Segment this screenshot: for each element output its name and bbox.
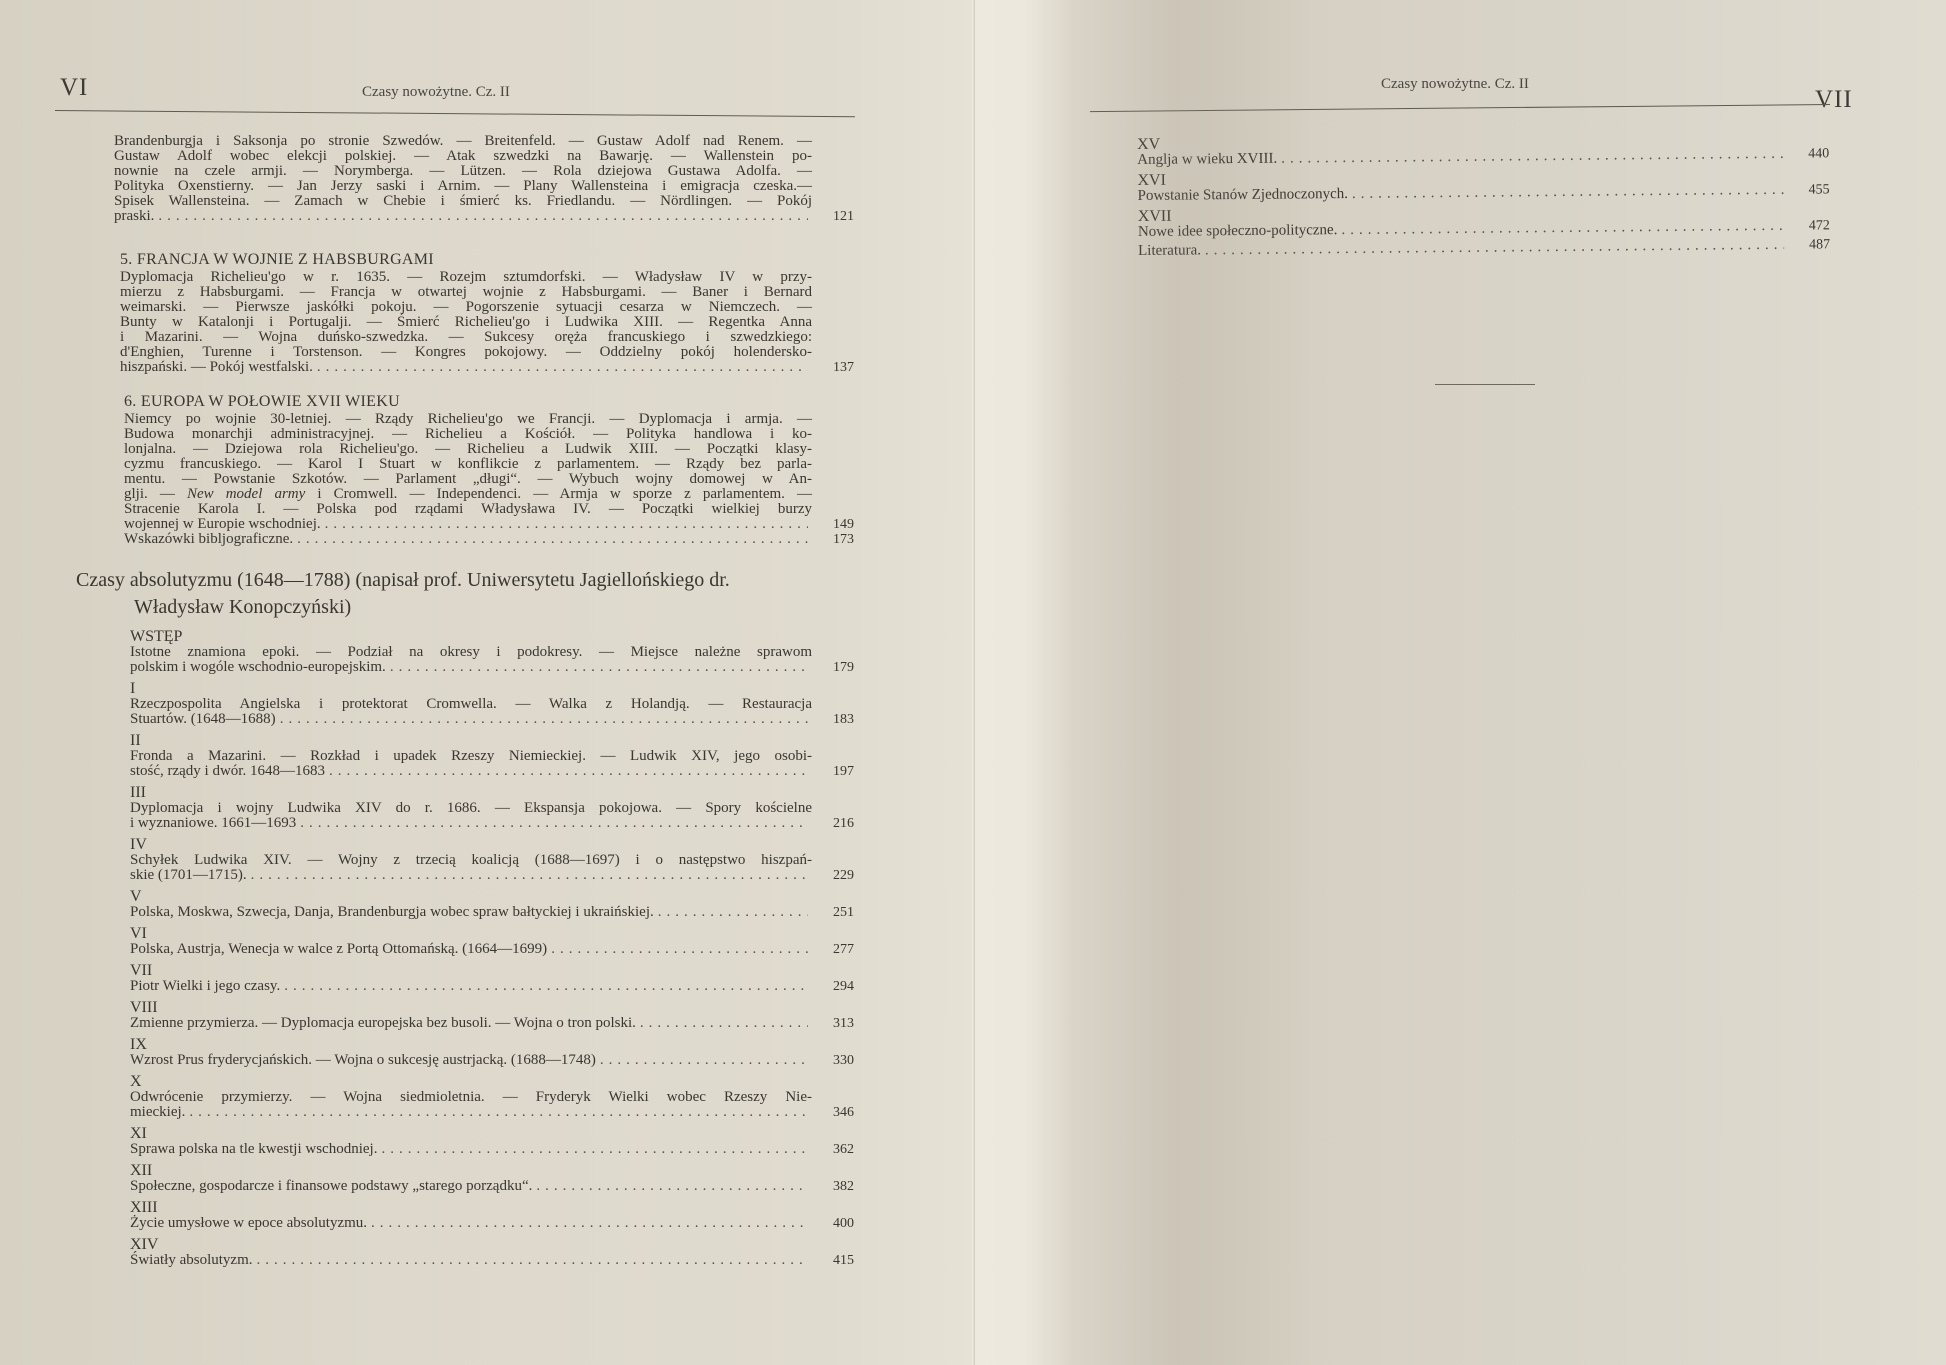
toc-chapter: IIFronda a Mazarini. — Rozkład i upadek … xyxy=(130,732,812,779)
description-line: Stracenie Karola I. — Polska pod rządami… xyxy=(124,502,812,517)
chapter-leader-line: mieckiej................................… xyxy=(130,1105,812,1120)
dot-leader: ........................................… xyxy=(284,979,808,994)
chapter-leader-line: Zmienne przymierza. — Dyplomacja europej… xyxy=(130,1016,812,1031)
toc-chapter: IIIDyplomacja i wojny Ludwika XIV do r. … xyxy=(130,784,812,831)
dot-leader: ........................................… xyxy=(189,1105,808,1120)
toc-chapter: XIISpołeczne, gospodarcze i finansowe po… xyxy=(130,1162,812,1194)
chapter-description-line: Schyłek Ludwika XIV. — Wojny z trzecią k… xyxy=(130,853,812,868)
running-head-right: Czasy nowożytne. Cz. II xyxy=(1381,76,1529,93)
chapter-description-line: Odwrócenie przymierzy. — Wojna siedmiole… xyxy=(130,1090,812,1105)
dot-leader: ........................................… xyxy=(257,1253,809,1268)
running-head-left: Czasy nowożytne. Cz. II xyxy=(362,84,510,101)
toc-chapter: IXWzrost Prus fryderycjańskich. — Wojna … xyxy=(130,1036,812,1068)
entry-text: Wskazówki bibljograficzne. xyxy=(124,532,293,547)
chapter-title: i wyznaniowe. 1661—1693 xyxy=(130,816,296,831)
toc-chapter: XISprawa polska na tle kwestji wschodnie… xyxy=(130,1125,812,1157)
part-title-line-2: Władysław Konopczyński) xyxy=(76,594,836,621)
chapter-leader-line: polskim i wogóle wschodnio-europejskim..… xyxy=(130,660,812,675)
toc-chapters-left: WSTĘPIstotne znamiona epoki. — Podział n… xyxy=(130,628,812,1273)
dot-leader: ........................................… xyxy=(381,1142,808,1157)
page-ref: 197 xyxy=(820,764,854,779)
page-ref: 472 xyxy=(1796,218,1830,233)
chapter-title: Zmienne przymierza. — Dyplomacja europej… xyxy=(130,1016,636,1031)
section-6-description: Niemcy po wojnie 30-letniej. — Rządy Ric… xyxy=(124,412,812,517)
chapter-numeral: X xyxy=(130,1073,812,1090)
description-line: i Mazarini. — Wojna duńsko-szwedzka. — S… xyxy=(120,330,812,345)
chapter-title: polskim i wogóle wschodnio-europejskim. xyxy=(130,660,386,675)
chapter-numeral: VII xyxy=(130,962,812,979)
part-title-line-1: Czasy absolutyzmu (1648—1788) (napisał p… xyxy=(76,569,730,591)
chapter-numeral: IX xyxy=(130,1036,812,1053)
toc-chapter: XOdwrócenie przymierzy. — Wojna siedmiol… xyxy=(130,1073,812,1120)
end-rule xyxy=(1435,384,1535,385)
chapter-leader-line: Światły absolutyzm......................… xyxy=(130,1253,812,1268)
description-line: Gustaw Adolf wobec elekcji polskiej. — A… xyxy=(114,149,812,164)
toc-line-europa-wschodnia: wojennej w Europie wschodniej. .........… xyxy=(124,517,812,532)
chapter-description-line: Istotne znamiona epoki. — Podział na okr… xyxy=(130,645,812,660)
toc-chapter: XIIIŻycie umysłowe w epoce absolutyzmu..… xyxy=(130,1199,812,1231)
chapter-title: Wzrost Prus fryderycjańskich. — Wojna o … xyxy=(130,1053,596,1068)
page-number-vii: VII xyxy=(1815,86,1853,114)
page-ref: 216 xyxy=(820,816,854,831)
page-ref: 455 xyxy=(1795,182,1829,197)
entry-text: wojennej w Europie wschodniej. xyxy=(124,517,321,532)
dot-leader: ........................................… xyxy=(158,209,808,224)
chapter-leader-line: Życie umysłowe w epoce absolutyzmu......… xyxy=(130,1216,812,1231)
section-5-heading: 5. FRANCJA W WOJNIE Z HABSBURGAMI xyxy=(120,250,812,270)
page-ref: 137 xyxy=(820,360,854,375)
chapter-leader-line: Wzrost Prus fryderycjańskich. — Wojna o … xyxy=(130,1053,812,1068)
chapter-title: Społeczne, gospodarcze i finansowe podst… xyxy=(130,1179,532,1194)
chapter-description-line: Dyplomacja i wojny Ludwika XIV do r. 168… xyxy=(130,801,812,816)
chapter-description-line: Fronda a Mazarini. — Rozkład i upadek Rz… xyxy=(130,749,812,764)
section-4-description: Brandenburgja i Saksonja po stronie Szwe… xyxy=(114,134,812,209)
page-number-vi: VI xyxy=(60,74,88,102)
page-ref: 229 xyxy=(820,868,854,883)
chapter-title: Życie umysłowe w epoce absolutyzmu. xyxy=(130,1216,367,1231)
description-line: Polityka Oxenstierny. — Jan Jerzy saski … xyxy=(114,179,812,194)
chapter-title: Światły absolutyzm. xyxy=(130,1253,253,1268)
dot-leader: ........................................… xyxy=(390,660,808,675)
dot-leader: ........................................… xyxy=(300,816,808,831)
description-line: glji. — New model army i Cromwell. — Ind… xyxy=(124,487,812,502)
dot-leader: ........................................… xyxy=(658,905,808,920)
chapter-title: Polska, Moskwa, Szwecja, Danja, Brandenb… xyxy=(130,905,654,920)
dot-leader: ........................................… xyxy=(1341,219,1784,238)
dot-leader: ........................................… xyxy=(640,1016,808,1031)
left-page: VI Czasy nowożytne. Cz. II Brandenburgja… xyxy=(0,0,975,1365)
page-ref: 173 xyxy=(820,532,854,547)
description-line: weimarski. — Pierwsze jaskółki pokoju. —… xyxy=(120,300,812,315)
entry-text: praski. xyxy=(114,209,154,224)
entry-text: hiszpański. — Pokój westfalski. xyxy=(120,360,313,375)
toc-line-praski: praski. ................................… xyxy=(114,209,812,224)
chapter-leader-line: Sprawa polska na tle kwestji wschodniej.… xyxy=(130,1142,812,1157)
toc-chapter: IVSchyłek Ludwika XIV. — Wojny z trzecią… xyxy=(130,836,812,883)
dot-leader: ........................................… xyxy=(536,1179,808,1194)
section-6-heading: 6. EUROPA W POŁOWIE XVII WIEKU xyxy=(124,392,812,412)
dot-leader: ........................................… xyxy=(297,532,808,547)
page-ref: 294 xyxy=(820,979,854,994)
description-line: lonjalna. — Dziejowa rola Richelieu'go. … xyxy=(124,442,812,457)
toc-chapter: VPolska, Moskwa, Szwecja, Danja, Branden… xyxy=(130,888,812,920)
description-line: nownie na czele armji. — Norymberga. — L… xyxy=(114,164,812,179)
description-line: Brandenburgja i Saksonja po stronie Szwe… xyxy=(114,134,812,149)
dot-leader: ........................................… xyxy=(371,1216,808,1231)
toc-chapter: VIIIZmienne przymierza. — Dyplomacja eur… xyxy=(130,999,812,1031)
description-line: Budowa monarchji administracyjnej. — Ric… xyxy=(124,427,812,442)
dot-leader: ........................................… xyxy=(325,517,808,532)
page-ref: 382 xyxy=(820,1179,854,1194)
chapter-title: Piotr Wielki i jego czasy. xyxy=(130,979,280,994)
chapter-leader-line: Polska, Austrja, Wenecja w walce z Portą… xyxy=(130,942,812,957)
toc-chapter: VIIPiotr Wielki i jego czasy............… xyxy=(130,962,812,994)
dot-leader: ........................................… xyxy=(280,712,808,727)
page-ref: 277 xyxy=(820,942,854,957)
chapter-leader-line: Społeczne, gospodarcze i finansowe podst… xyxy=(130,1179,812,1194)
description-line: Spisek Wallensteina. — Zamach w Chebie i… xyxy=(114,194,812,209)
chapter-numeral: XIV xyxy=(130,1236,812,1253)
chapter-leader-line: i wyznaniowe. 1661—1693.................… xyxy=(130,816,812,831)
page-ref: 440 xyxy=(1795,146,1829,161)
description-line: Bunty w Katalonji i Portugalji. — Śmierć… xyxy=(120,315,812,330)
toc-section-6: 6. EUROPA W POŁOWIE XVII WIEKU Niemcy po… xyxy=(124,388,812,547)
page-ref: 346 xyxy=(820,1105,854,1120)
toc-line-westfalski: hiszpański. — Pokój westfalski. ........… xyxy=(120,360,812,375)
chapter-title: skie (1701—1715). xyxy=(130,868,247,883)
chapter-leader-line: stość, rządy i dwór. 1648—1683..........… xyxy=(130,764,812,779)
page-ref: 487 xyxy=(1796,237,1830,252)
page-ref: 400 xyxy=(820,1216,854,1231)
toc-chapter: XIVŚwiatły absolutyzm...................… xyxy=(130,1236,812,1268)
chapter-numeral: XI xyxy=(130,1125,812,1142)
description-line: Dyplomacja Richelieu'go w r. 1635. — Roz… xyxy=(120,270,812,285)
section-5-description: Dyplomacja Richelieu'go w r. 1635. — Roz… xyxy=(120,270,812,360)
page-ref: 251 xyxy=(820,905,854,920)
toc-chapter: IRzeczpospolita Angielska i protektorat … xyxy=(130,680,812,727)
dot-leader: ........................................… xyxy=(329,764,808,779)
chapter-numeral: XIII xyxy=(130,1199,812,1216)
dot-leader: ........................................… xyxy=(317,360,808,375)
chapter-numeral: III xyxy=(130,784,812,801)
chapter-numeral: I xyxy=(130,680,812,697)
description-line: d'Enghien, Turenne i Torstenson. — Kongr… xyxy=(120,345,812,360)
chapter-title: Polska, Austrja, Wenecja w walce z Portą… xyxy=(130,942,547,957)
chapter-numeral: IV xyxy=(130,836,812,853)
chapter-leader-line: Stuartów. (1648—1688)...................… xyxy=(130,712,812,727)
chapter-description-line: Rzeczpospolita Angielska i protektorat C… xyxy=(130,697,812,712)
chapter-title: stość, rządy i dwór. 1648—1683 xyxy=(130,764,325,779)
chapter-numeral: II xyxy=(130,732,812,749)
chapter-numeral: V xyxy=(130,888,812,905)
page-ref: 183 xyxy=(820,712,854,727)
header-rule-left xyxy=(55,110,855,117)
chapter-numeral: VI xyxy=(130,925,812,942)
toc-section-4-continuation: Brandenburgja i Saksonja po stronie Szwe… xyxy=(114,134,812,224)
description-line: cyzmu francuskiego. — Karol I Stuart w k… xyxy=(124,457,812,472)
page-shadow xyxy=(1060,0,1320,1365)
page-ref: 330 xyxy=(820,1053,854,1068)
chapter-numeral: VIII xyxy=(130,999,812,1016)
dot-leader: ........................................… xyxy=(1352,183,1784,202)
description-line: mentu. — Powstanie Szkotów. — Parlament … xyxy=(124,472,812,487)
page-ref: 121 xyxy=(820,209,854,224)
italic-phrase: New model army xyxy=(187,486,305,502)
toc-chapter: VIPolska, Austrja, Wenecja w walce z Por… xyxy=(130,925,812,957)
toc-line-bibliography: Wskazówki bibljograficzne. .............… xyxy=(124,532,812,547)
chapter-numeral: XII xyxy=(130,1162,812,1179)
page-ref: 179 xyxy=(820,660,854,675)
dot-leader: ........................................… xyxy=(251,868,808,883)
page-ref: 313 xyxy=(820,1016,854,1031)
dot-leader: ........................................… xyxy=(600,1053,808,1068)
description-line: Niemcy po wojnie 30-letniej. — Rządy Ric… xyxy=(124,412,812,427)
page-ref: 362 xyxy=(820,1142,854,1157)
toc-section-5: 5. FRANCJA W WOJNIE Z HABSBURGAMI Dyplom… xyxy=(120,246,812,375)
chapter-leader-line: skie (1701—1715)........................… xyxy=(130,868,812,883)
part-title: Czasy absolutyzmu (1648—1788) (napisał p… xyxy=(76,567,836,621)
chapter-title: Sprawa polska na tle kwestji wschodniej. xyxy=(130,1142,377,1157)
page-ref: 415 xyxy=(820,1253,854,1268)
chapter-title: Stuartów. (1648—1688) xyxy=(130,712,276,727)
chapter-title: mieckiej. xyxy=(130,1105,185,1120)
page-ref: 149 xyxy=(820,517,854,532)
chapter-leader-line: Polska, Moskwa, Szwecja, Danja, Brandenb… xyxy=(130,905,812,920)
chapter-leader-line: Piotr Wielki i jego czasy...............… xyxy=(130,979,812,994)
dot-leader: ........................................… xyxy=(551,942,808,957)
description-line: mierzu z Habsburgami. — Francja w otwart… xyxy=(120,285,812,300)
toc-chapter: WSTĘPIstotne znamiona epoki. — Podział n… xyxy=(130,628,812,675)
chapter-numeral: WSTĘP xyxy=(130,628,812,645)
